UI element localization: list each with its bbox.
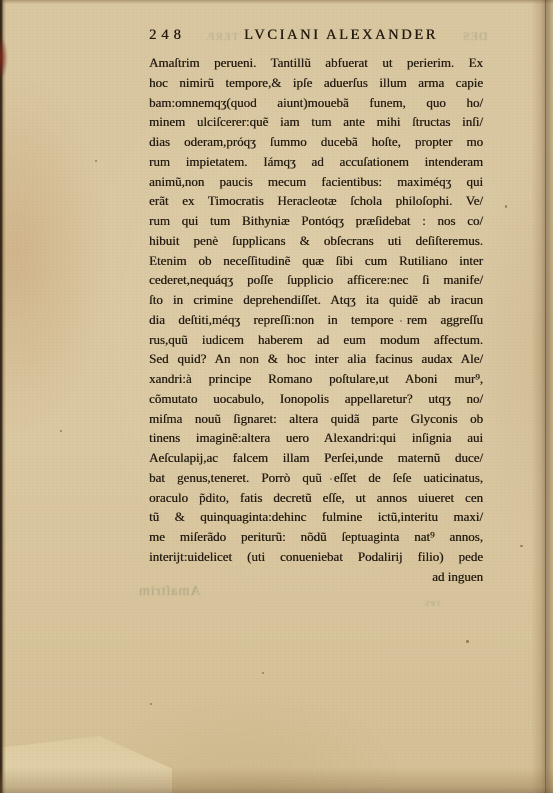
text-line: bam:omnemqʒ(quod aiunt)mouebã funem, quo… [149,93,483,113]
running-title: LVCIANI ALEXANDER [244,27,438,44]
text-line: cõmutato uocabulo, Ionopolis appellaretu… [149,389,483,409]
text-line: miſma nouũ ſignaret: altera quidã parte … [149,409,483,429]
paper-speck [466,640,469,643]
page-edge-left [0,0,6,793]
text-line: animũ,non paucis mecum facientibus: maxi… [149,172,483,192]
text-line: rus,quũ iudicem haberem ad eum modum aff… [149,330,483,350]
page-crease-line [545,0,546,793]
text-line: me miſerãdo periturũ: nõdũ ſeptuaginta n… [149,527,483,547]
text-line: hibuit penè ſupplicans & obſecrans uti d… [149,231,483,251]
paper-speck [60,430,62,432]
page-edge-bottom [0,767,553,793]
text-line: Aeſculapij,ac falcem illam Perſei,unde m… [149,448,483,468]
paper-speck [150,703,152,705]
text-line: erãt ex Timocratis Heracleotæ ſchola phi… [149,191,483,211]
paper-speck [262,672,264,674]
bleedthrough-bottom-left: Amaſtrim [138,584,200,600]
text-line: rum impietatem. Iámqʒ ad accuſationem in… [149,152,483,172]
text-line: minem ulciſcerer:quẽ iam tum ante mihi ſ… [149,112,483,132]
paper-speck [400,320,402,322]
text-line: cederet,nequáqʒ poſſe ſupplicio afficere… [149,270,483,290]
text-line: dia deſtiti,méqʒ repreſſi:non in tempore… [149,310,483,330]
page-edge-right [531,0,553,793]
paper-speck [505,205,507,208]
paper-speck [95,160,97,162]
paper-speck [330,478,332,480]
text-line: interijt:uidelicet (uti conueniebat Poda… [149,547,483,567]
paper-speck [470,62,472,64]
paper-speck [520,545,523,547]
catchword-line: ad inguen [149,567,483,587]
page-number: 248 [149,27,186,44]
text-line: xandri:à principe Romano poſtulare,ut Ab… [149,369,483,389]
bleedthrough-bottom-right: res [424,597,440,609]
ink-stain-mark [0,36,8,80]
text-line: dias oderam,próqʒ ſummo ducebã hoſte, pr… [149,132,483,152]
body-text-block: Amaſtrim perueni. Tantillũ abfuerat ut p… [149,53,483,586]
text-line: Etenim ob neceſſitudinẽ quæ ſibi cum Rut… [149,251,483,271]
text-line: tinens imaginẽ:altera uero Alexandri:qui… [149,428,483,448]
text-line: oraculo p̃dito, fatis decretũ eſſe, ut a… [149,488,483,508]
text-line: rum qui tum Bithyniæ Pontóqʒ præſidebat … [149,211,483,231]
text-line: hoc nimirũ tempore,& ipſe aduerſus illum… [149,73,483,93]
text-line: tũ & quinquaginta:dehinc fulmine ictũ,in… [149,507,483,527]
text-line: Amaſtrim perueni. Tantillũ abfuerat ut p… [149,53,483,73]
text-line: Sed quid? An non & hoc inter alia facinu… [149,349,483,369]
bleedthrough-header-left: TERP. [205,31,238,43]
bleedthrough-header-right: DES [462,29,488,44]
text-line: ſto in crimine deprehendiſſet. Atqʒ ita … [149,290,483,310]
page-edge-top [0,0,553,4]
text-line: bat genus,teneret. Porrò quũ eſſet de ſe… [149,468,483,488]
scanned-book-page: 248 LVCIANI ALEXANDER TERP. DES Amaſtrim… [0,0,553,793]
